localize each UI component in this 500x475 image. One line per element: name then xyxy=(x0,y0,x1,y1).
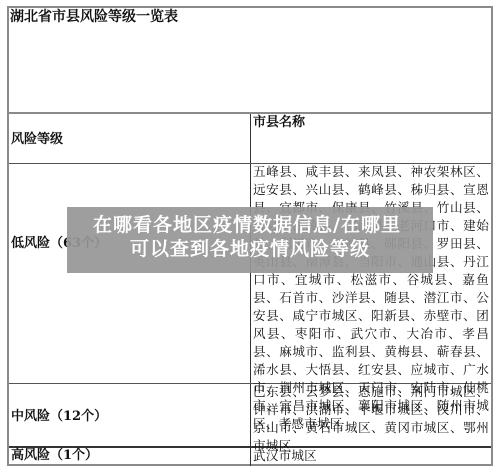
mid-risk-label: 中风险（12个） xyxy=(11,409,107,425)
header-cell-level: 风险等级 xyxy=(9,114,251,163)
caption-overlay: 在哪看各地区疫情数据信息/在哪里 可以查到各地疫情风险等级 xyxy=(67,207,433,273)
mid-risk-names-cell: 巴东县、云梦县、恩施市、荆门市城区、钟祥市、洪湖市、十堰市城区、汉川市、京山市、… xyxy=(251,384,491,446)
low-risk-level-cell: 低风险（63个） xyxy=(9,164,251,383)
high-risk-names-cell: 武汉市城区 xyxy=(251,448,491,466)
table-row-low-risk: 低风险（63个） 五峰县、咸丰县、来凤县、神农架林区、远安县、兴山县、鹤峰县、秭… xyxy=(9,164,491,384)
table-row-high-risk: 高风险（1个） 武汉市城区 xyxy=(9,448,491,466)
header-level-label: 风险等级 xyxy=(11,132,63,148)
high-risk-label: 高风险（1个） xyxy=(11,448,98,464)
low-risk-names-cell: 五峰县、咸丰县、来凤县、神农架林区、远安县、兴山县、鹤峰县、秭归县、宣恩县、宜都… xyxy=(251,164,491,383)
title-row: 湖北省市县风险等级一览表 xyxy=(9,8,491,114)
high-risk-level-cell: 高风险（1个） xyxy=(9,448,251,466)
header-names-label: 市县名称 xyxy=(253,115,305,131)
high-risk-names: 武汉市城区 xyxy=(253,447,489,465)
mid-risk-names: 巴东县、云梦县、恩施市、荆门市城区、钟祥市、洪湖市、十堰市城区、汉川市、京山市、… xyxy=(253,383,489,455)
header-row: 风险等级 市县名称 xyxy=(9,114,491,164)
table-row-mid-risk: 中风险（12个） 巴东县、云梦县、恩施市、荆门市城区、钟祥市、洪湖市、十堰市城区… xyxy=(9,384,491,448)
table-title: 湖北省市县风险等级一览表 xyxy=(10,9,178,25)
caption-line-1: 在哪看各地区疫情数据信息/在哪里 xyxy=(61,213,433,237)
header-cell-names: 市县名称 xyxy=(251,114,491,163)
caption-line-2: 可以查到各地疫情风险等级 xyxy=(67,237,433,261)
mid-risk-level-cell: 中风险（12个） xyxy=(9,384,251,446)
